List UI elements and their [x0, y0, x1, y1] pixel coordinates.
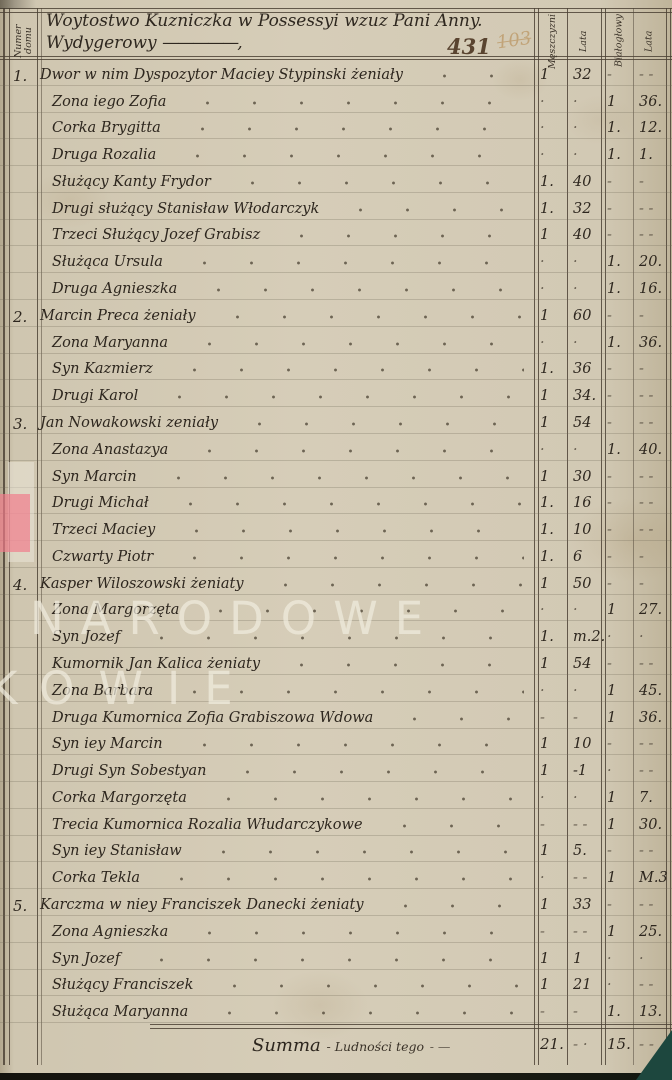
- men-count-cell: -: [534, 924, 567, 942]
- summa-row: Summa - Ludności tego - — 21. - · 15. - …: [0, 1028, 672, 1062]
- women-count-cell: 1: [601, 817, 633, 835]
- document-page: Numer domu Woytostwo Kuzniczka w Possess…: [0, 0, 672, 1080]
- table-row: Syn iey Stanisław15.-- -: [0, 836, 672, 863]
- women-years-cell: -: [633, 576, 666, 594]
- women-count-cell: -: [601, 227, 633, 245]
- person-name-wrap: Trzeci Maciey: [40, 522, 534, 540]
- men-years-cell: 6: [567, 549, 601, 567]
- person-name: Marcin Preca żeniały: [40, 308, 196, 326]
- men-years-cell: ·: [567, 790, 601, 808]
- table-row: Zona Maryanna··1.36.: [0, 327, 672, 354]
- men-years-cell: - -: [567, 817, 601, 835]
- women-count-cell: 1: [601, 94, 633, 112]
- women-count-cell: -: [601, 201, 633, 219]
- person-name: Druga Kumornica Zofia Grabiszowa Wdowa: [40, 710, 373, 728]
- table-row: 5.Karczma w niey Franciszek Danecki żeni…: [0, 889, 672, 916]
- table-row: 4.Kasper Wiloszowski żeniaty150--: [0, 568, 672, 595]
- women-count-cell: 1: [601, 710, 633, 728]
- person-name-wrap: Drugi Syn Sobestyan: [40, 763, 534, 781]
- table-row: Drugi Michał1.16-- -: [0, 488, 672, 515]
- scan-edge-bottom: [0, 1073, 672, 1080]
- women-count-cell: 1: [601, 924, 633, 942]
- men-count-cell: 1: [534, 951, 567, 969]
- women-count-cell: ·: [601, 629, 633, 647]
- person-name: Służący Kanty Frydor: [40, 174, 211, 192]
- table-row: Druga Rozalia··1.1.: [0, 139, 672, 166]
- leader-dots: [152, 392, 524, 400]
- men-years-cell: - -: [567, 924, 601, 942]
- person-name-wrap: Druga Rozalia: [40, 147, 534, 165]
- table-row: Zona iego Zofia··136.: [0, 86, 672, 113]
- women-years-cell: - -: [633, 736, 666, 754]
- leader-dots: [163, 499, 524, 507]
- leader-dots: [333, 205, 524, 213]
- column-header-women-years: Lata: [634, 18, 665, 64]
- person-name-wrap: Syn iey Stanisław: [40, 843, 534, 861]
- men-count-cell: 1: [534, 308, 567, 326]
- women-years-cell: 12.: [633, 120, 666, 138]
- table-row: Trzeci Maciey1.10-- -: [0, 514, 672, 541]
- women-count-cell: 1: [601, 683, 633, 701]
- men-count-cell: ·: [534, 147, 567, 165]
- person-name-wrap: Jan Nowakowski zeniały: [40, 415, 534, 433]
- women-years-cell: 36.: [633, 94, 666, 112]
- leader-dots: [170, 151, 524, 159]
- person-name: Druga Rozalia: [40, 147, 156, 165]
- person-name: Drugi Michał: [40, 495, 149, 513]
- men-years-cell: ·: [567, 147, 601, 165]
- women-years-cell: - -: [633, 843, 666, 861]
- person-name: Drugi służący Stanisław Włodarczyk: [40, 201, 319, 219]
- person-name-wrap: Zona Barbara: [40, 683, 534, 701]
- women-years-cell: - -: [633, 495, 666, 513]
- summa-word: Summa: [252, 1035, 321, 1056]
- person-name: Zona Margorzęta: [40, 602, 179, 620]
- pink-archival-mark: [0, 494, 30, 552]
- women-years-cell: 40.: [633, 442, 666, 460]
- men-years-cell: 5.: [567, 843, 601, 861]
- women-years-cell: - -: [633, 522, 666, 540]
- house-number-cell: 2.: [0, 308, 40, 326]
- person-name: Trzeci Maciey: [40, 522, 155, 540]
- leader-dots: [169, 526, 524, 534]
- person-name: Syn iey Stanisław: [40, 843, 182, 861]
- leader-dots: [417, 71, 524, 79]
- table-row: Służący Franciszek121·- -: [0, 970, 672, 997]
- person-name: Jan Nowakowski zeniały: [40, 415, 218, 433]
- person-name-wrap: Drugi Karol: [40, 388, 534, 406]
- table-row: Syn iey Marcin110-- -: [0, 729, 672, 756]
- column-header-men: Męszczyzni: [539, 18, 567, 64]
- leader-dots: [180, 98, 524, 106]
- women-years-cell: 7.: [633, 790, 666, 808]
- person-name-wrap: Zona Margorzęta: [40, 602, 534, 620]
- person-name-wrap: Zona Maryanna: [40, 335, 534, 353]
- table-row: Drugi służący Stanisław Włodarczyk1.32--…: [0, 193, 672, 220]
- person-name: Corka Tekla: [40, 870, 140, 888]
- men-years-cell: 1: [567, 951, 601, 969]
- person-name-wrap: Kasper Wiloszowski żeniaty: [40, 576, 534, 594]
- leader-dots: [207, 981, 524, 989]
- women-years-cell: 25.: [633, 924, 666, 942]
- women-years-cell: 20.: [633, 254, 666, 272]
- men-count-cell: 1.: [534, 361, 567, 379]
- person-name: Corka Margorzęta: [40, 790, 187, 808]
- person-name: Zona iego Zofia: [40, 94, 166, 112]
- leader-dots: [225, 178, 524, 186]
- women-count-cell: -: [601, 522, 633, 540]
- women-count-cell: -: [601, 656, 633, 674]
- women-years-cell: - -: [633, 227, 666, 245]
- table-row: Zona Anastazya··1.40.: [0, 434, 672, 461]
- men-years-cell: 36: [567, 361, 601, 379]
- women-years-cell: - -: [633, 977, 666, 995]
- scan-edge-top-left: [0, 0, 36, 9]
- women-count-cell: -: [601, 67, 633, 85]
- men-count-cell: ·: [534, 94, 567, 112]
- men-count-cell: ·: [534, 790, 567, 808]
- men-years-cell: 40: [567, 174, 601, 192]
- men-count-cell: ·: [534, 254, 567, 272]
- table-row: Syn Jozef11··: [0, 943, 672, 970]
- person-name-wrap: Corka Brygitta: [40, 120, 534, 138]
- table-row: Czwarty Piotr1.6--: [0, 541, 672, 568]
- person-name: Służąca Ursula: [40, 254, 163, 272]
- men-years-cell: ·: [567, 442, 601, 460]
- leader-dots: [378, 901, 524, 909]
- person-name-wrap: Czwarty Piotr: [40, 549, 534, 567]
- table-row: Corka Brygitta··1.12.: [0, 113, 672, 140]
- women-count-cell: 1.: [601, 442, 633, 460]
- women-count-cell: -: [601, 415, 633, 433]
- person-name-wrap: Służący Kanty Frydor: [40, 174, 534, 192]
- person-name-wrap: Karczma w niey Franciszek Danecki żeniat…: [40, 897, 534, 915]
- men-count-cell: ·: [534, 120, 567, 138]
- person-name-wrap: Dwor w nim Dyspozytor Maciey Stypinski ż…: [40, 67, 534, 85]
- men-years-cell: ·: [567, 94, 601, 112]
- leader-dots: [274, 660, 524, 668]
- men-years-cell: -: [567, 1004, 601, 1022]
- person-name-wrap: Syn Marcin: [40, 469, 534, 487]
- person-name: Druga Agnieszka: [40, 281, 177, 299]
- leader-dots: [167, 687, 524, 695]
- person-name: Dwor w nim Dyspozytor Maciey Stypinski ż…: [40, 67, 403, 85]
- women-count-cell: -: [601, 469, 633, 487]
- women-years-cell: ·: [633, 951, 666, 969]
- person-name: Syn Jozef: [40, 629, 120, 647]
- leader-dots: [201, 794, 524, 802]
- person-name-wrap: Syn Jozef: [40, 629, 534, 647]
- table-header: Numer domu Woytostwo Kuzniczka w Possess…: [0, 8, 672, 59]
- person-name-wrap: Syn iey Marcin: [40, 736, 534, 754]
- women-years-cell: -: [633, 174, 666, 192]
- person-name: Trecia Kumornica Rozalia Włudarczykowe: [40, 817, 363, 835]
- men-count-cell: 1.: [534, 201, 567, 219]
- table-row: Zona Agnieszka-- -125.: [0, 916, 672, 943]
- house-number-cell: 1.: [0, 67, 40, 85]
- men-count-cell: 1: [534, 388, 567, 406]
- summa-dashes: - —: [430, 1039, 451, 1054]
- table-row: Corka Margorzęta··17.: [0, 782, 672, 809]
- crossed-out-number: 103: [496, 28, 533, 54]
- men-count-cell: 1: [534, 843, 567, 861]
- leader-dots: [377, 821, 524, 829]
- leader-dots: [210, 312, 524, 320]
- rows-container: 1.Dwor w nim Dyspozytor Maciey Stypinski…: [0, 59, 672, 1023]
- leader-dots: [167, 365, 524, 373]
- women-years-cell: 36.: [633, 710, 666, 728]
- men-count-cell: -: [534, 1004, 567, 1022]
- men-count-cell: 1: [534, 736, 567, 754]
- women-count-cell: 1.: [601, 254, 633, 272]
- women-years-cell: 30.: [633, 817, 666, 835]
- person-name-wrap: Służąca Ursula: [40, 254, 534, 272]
- men-count-cell: 1: [534, 656, 567, 674]
- title-flourish: —————‚: [162, 33, 240, 53]
- summa-men-years-mark: - ·: [567, 1035, 601, 1055]
- men-count-cell: 1: [534, 977, 567, 995]
- men-count-cell: 1: [534, 227, 567, 245]
- men-years-cell: 54: [567, 415, 601, 433]
- house-number-cell: 4.: [0, 576, 40, 594]
- leader-dots: [274, 231, 524, 239]
- men-years-cell: ·: [567, 335, 601, 353]
- person-name-wrap: Corka Margorzęta: [40, 790, 534, 808]
- women-count-cell: 1.: [601, 335, 633, 353]
- women-count-cell: 1.: [601, 120, 633, 138]
- men-years-cell: m.2.: [567, 629, 601, 647]
- men-years-cell: 30: [567, 469, 601, 487]
- person-name-wrap: Corka Tekla: [40, 870, 534, 888]
- women-years-cell: ·: [633, 629, 666, 647]
- women-count-cell: -: [601, 897, 633, 915]
- women-years-cell: 36.: [633, 335, 666, 353]
- women-count-cell: -: [601, 308, 633, 326]
- men-count-cell: 1: [534, 415, 567, 433]
- person-name: Syn Kazmierz: [40, 361, 153, 379]
- table-row: Służąca Ursula··1.20.: [0, 246, 672, 273]
- column-header-house-number: Numer domu: [10, 18, 38, 64]
- person-name-wrap: Drugi służący Stanisław Włodarczyk: [40, 201, 534, 219]
- men-years-cell: ·: [567, 254, 601, 272]
- person-name: Syn Marcin: [40, 469, 137, 487]
- women-count-cell: -: [601, 388, 633, 406]
- women-count-cell: -: [601, 495, 633, 513]
- person-name-wrap: Syn Kazmierz: [40, 361, 534, 379]
- men-count-cell: ·: [534, 683, 567, 701]
- women-count-cell: 1.: [601, 1004, 633, 1022]
- archive-page-number: 431: [447, 34, 491, 59]
- women-count-cell: ·: [601, 763, 633, 781]
- women-count-cell: 1: [601, 602, 633, 620]
- title-line-1: Woytostwo Kuzniczka w Possessyi wzuz Pan…: [46, 11, 483, 31]
- leader-dots: [196, 847, 524, 855]
- table-row: Druga Kumornica Zofia Grabiszowa Wdowa--…: [0, 702, 672, 729]
- men-years-cell: -: [567, 710, 601, 728]
- leader-dots: [167, 553, 524, 561]
- men-count-cell: 1.: [534, 495, 567, 513]
- men-count-cell: 1: [534, 576, 567, 594]
- leader-dots: [387, 714, 524, 722]
- person-name: Syn iey Marcin: [40, 736, 163, 754]
- women-years-cell: -: [633, 361, 666, 379]
- women-count-cell: ·: [601, 977, 633, 995]
- leader-dots: [177, 258, 524, 266]
- men-years-cell: 50: [567, 576, 601, 594]
- person-name-wrap: Druga Kumornica Zofia Grabiszowa Wdowa: [40, 710, 534, 728]
- women-years-cell: 45.: [633, 683, 666, 701]
- person-name-wrap: Syn Jozef: [40, 951, 534, 969]
- leader-dots: [175, 124, 524, 132]
- leader-dots: [258, 580, 524, 588]
- leader-dots: [182, 339, 524, 347]
- men-years-cell: ·: [567, 281, 601, 299]
- women-years-cell: - -: [633, 201, 666, 219]
- men-years-cell: 34.: [567, 388, 601, 406]
- leader-dots: [191, 285, 524, 293]
- men-count-cell: 1.: [534, 174, 567, 192]
- leader-dots: [182, 446, 524, 454]
- person-name-wrap: Drugi Michał: [40, 495, 534, 513]
- women-years-cell: 27.: [633, 602, 666, 620]
- table-row: Trzeci Służący Jozef Grabisz140-- -: [0, 220, 672, 247]
- men-count-cell: ·: [534, 602, 567, 620]
- leader-dots: [134, 955, 524, 963]
- person-name-wrap: Trecia Kumornica Rozalia Włudarczykowe: [40, 817, 534, 835]
- women-count-cell: 1.: [601, 147, 633, 165]
- women-years-cell: 13.: [633, 1004, 666, 1022]
- leader-dots: [177, 740, 524, 748]
- table-row: Zona Margorzęta··127.: [0, 595, 672, 622]
- person-name: Drugi Karol: [40, 388, 138, 406]
- men-years-cell: 21: [567, 977, 601, 995]
- house-number-cell: 3.: [0, 415, 40, 433]
- leader-dots: [151, 473, 524, 481]
- men-years-cell: 33: [567, 897, 601, 915]
- person-name-wrap: Zona Anastazya: [40, 442, 534, 460]
- person-name: Czwarty Piotr: [40, 549, 153, 567]
- table-row: Drugi Syn Sobestyan1-1·- -: [0, 755, 672, 782]
- person-name: Zona Maryanna: [40, 335, 168, 353]
- person-name-wrap: Kumornik Jan Kalica żeniaty: [40, 656, 534, 674]
- person-name-wrap: Służąca Maryanna: [40, 1004, 534, 1022]
- leader-dots: [182, 928, 524, 936]
- women-count-cell: -: [601, 549, 633, 567]
- person-name-wrap: Zona Agnieszka: [40, 924, 534, 942]
- men-count-cell: 1: [534, 897, 567, 915]
- men-years-cell: 60: [567, 308, 601, 326]
- women-count-cell: 1.: [601, 281, 633, 299]
- table-row: 1.Dwor w nim Dyspozytor Maciey Stypinski…: [0, 59, 672, 86]
- women-years-cell: 16.: [633, 281, 666, 299]
- women-count-cell: 1: [601, 790, 633, 808]
- women-years-cell: -: [633, 308, 666, 326]
- men-years-cell: ·: [567, 683, 601, 701]
- men-count-cell: ·: [534, 442, 567, 460]
- summa-label: Summa - Ludności tego - —: [40, 1035, 534, 1056]
- person-name: Drugi Syn Sobestyan: [40, 763, 206, 781]
- person-name-wrap: Zona iego Zofia: [40, 94, 534, 112]
- men-years-cell: 32: [567, 67, 601, 85]
- men-count-cell: -: [534, 710, 567, 728]
- table-row: Trecia Kumornica Rozalia Włudarczykowe--…: [0, 809, 672, 836]
- person-name: Corka Brygitta: [40, 120, 161, 138]
- men-years-cell: 10: [567, 522, 601, 540]
- women-count-cell: -: [601, 576, 633, 594]
- column-header-men-years: Lata: [568, 18, 600, 64]
- column-header-women: Białogłowy: [606, 18, 633, 64]
- women-years-cell: - -: [633, 897, 666, 915]
- women-years-cell: - -: [633, 763, 666, 781]
- person-name-wrap: Służący Franciszek: [40, 977, 534, 995]
- person-name: Służąca Maryanna: [40, 1004, 188, 1022]
- table-row: Syn Jozef1.m.2.··: [0, 621, 672, 648]
- men-count-cell: 1.: [534, 522, 567, 540]
- person-name: Kumornik Jan Kalica żeniaty: [40, 656, 260, 674]
- person-name-wrap: Trzeci Służący Jozef Grabisz: [40, 227, 534, 245]
- women-years-cell: - -: [633, 656, 666, 674]
- women-years-cell: -: [633, 549, 666, 567]
- men-count-cell: 1: [534, 763, 567, 781]
- person-name-wrap: Druga Agnieszka: [40, 281, 534, 299]
- women-years-cell: - -: [633, 469, 666, 487]
- person-name: Karczma w niey Franciszek Danecki żeniat…: [40, 897, 364, 915]
- summa-sublabel: - Ludności tego: [327, 1039, 424, 1054]
- men-years-cell: 32: [567, 201, 601, 219]
- men-count-cell: ·: [534, 281, 567, 299]
- men-years-cell: 16: [567, 495, 601, 513]
- women-count-cell: 1: [601, 870, 633, 888]
- table-row: Druga Agnieszka··1.16.: [0, 273, 672, 300]
- men-count-cell: -: [534, 817, 567, 835]
- table-row: Syn Kazmierz1.36--: [0, 354, 672, 381]
- men-count-cell: 1.: [534, 549, 567, 567]
- person-name: Kasper Wiloszowski żeniaty: [40, 576, 244, 594]
- summa-men-total: 21.: [534, 1035, 567, 1055]
- leader-dots: [220, 767, 524, 775]
- men-years-cell: - -: [567, 870, 601, 888]
- table-row: 3.Jan Nowakowski zeniały154-- -: [0, 407, 672, 434]
- table-row: 2.Marcin Preca żeniały160--: [0, 300, 672, 327]
- person-name: Służący Franciszek: [40, 977, 193, 995]
- women-years-cell: M.3: [633, 870, 666, 888]
- men-count-cell: 1: [534, 469, 567, 487]
- table-row: Corka Tekla·- -1M.3: [0, 862, 672, 889]
- table-row: Służąca Maryanna--1.13.: [0, 996, 672, 1023]
- men-years-cell: ·: [567, 602, 601, 620]
- table-rule: [150, 1024, 672, 1025]
- women-count-cell: -: [601, 736, 633, 754]
- person-name: Zona Barbara: [40, 683, 153, 701]
- leader-dots: [232, 419, 524, 427]
- men-years-cell: 54: [567, 656, 601, 674]
- men-count-cell: 1: [534, 67, 567, 85]
- men-years-cell: 40: [567, 227, 601, 245]
- table-row: Zona Barbara··145.: [0, 675, 672, 702]
- men-count-cell: 1.: [534, 629, 567, 647]
- men-years-cell: -1: [567, 763, 601, 781]
- person-name: Trzeci Służący Jozef Grabisz: [40, 227, 260, 245]
- leader-dots: [193, 606, 524, 614]
- women-count-cell: -: [601, 843, 633, 861]
- women-count-cell: -: [601, 174, 633, 192]
- women-years-cell: 1.: [633, 147, 666, 165]
- table-row: Kumornik Jan Kalica żeniaty154-- -: [0, 648, 672, 675]
- person-name: Zona Anastazya: [40, 442, 168, 460]
- table-row: Służący Kanty Frydor1.40--: [0, 166, 672, 193]
- women-count-cell: ·: [601, 951, 633, 969]
- men-years-cell: ·: [567, 120, 601, 138]
